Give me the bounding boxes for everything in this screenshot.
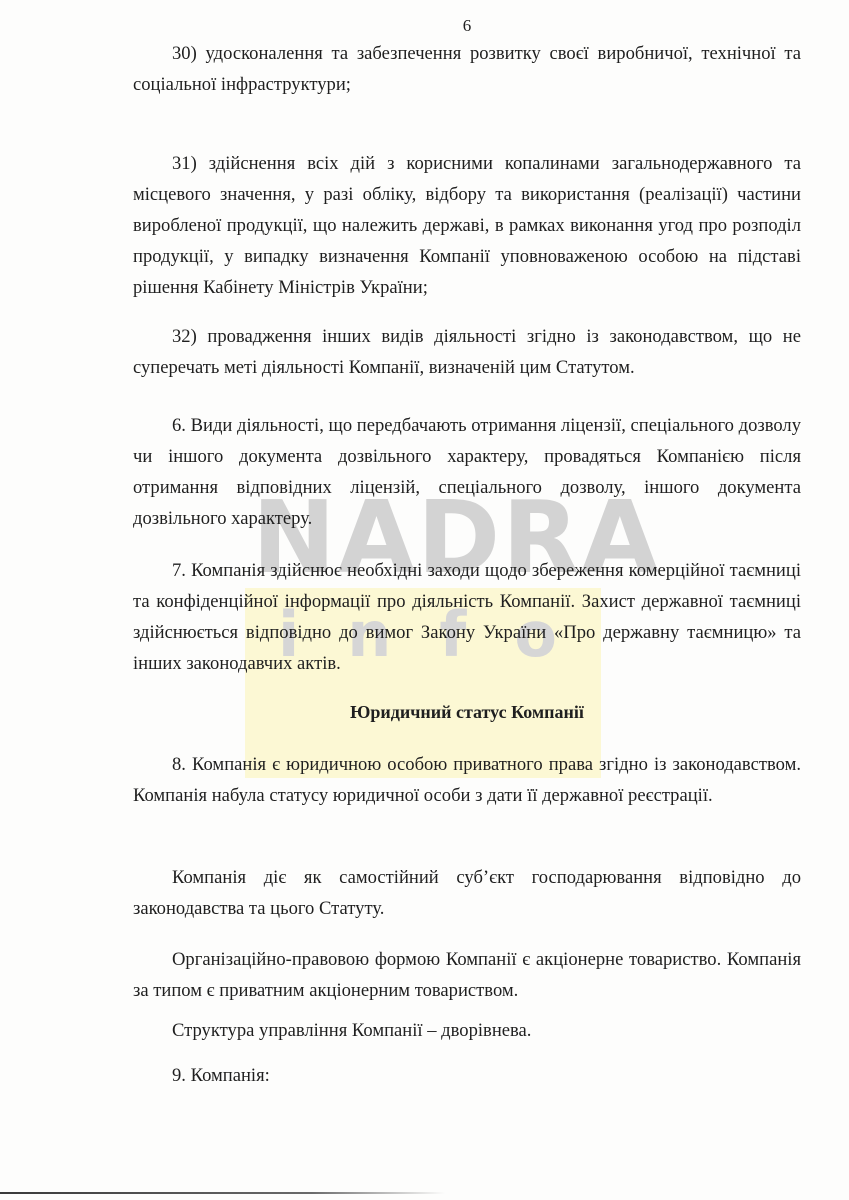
paragraph-independent-entity: Компанія діє як самостійний суб’єкт госп… (133, 862, 801, 924)
scan-edge-line (0, 1192, 445, 1194)
paragraph-legal-form: Організаційно-правовою формою Компанії є… (133, 944, 801, 1006)
page-number: 6 (133, 16, 801, 36)
paragraph-item-31: 31) здійснення всіх дій з корисними копа… (133, 148, 801, 303)
paragraph-section-6: 6. Види діяльності, що передбачають отри… (133, 410, 801, 534)
paragraph-item-32: 32) провадження інших видів діяльності з… (133, 321, 801, 383)
paragraph-management-structure: Структура управління Компанії – дворівне… (133, 1015, 801, 1046)
paragraph-section-9: 9. Компанія: (133, 1060, 801, 1091)
paragraph-section-7: 7. Компанія здійснює необхідні заходи що… (133, 555, 801, 679)
document-page: NADRA info 6 30) удосконалення та забезп… (0, 0, 849, 1200)
section-heading-legal-status: Юридичний статус Компанії (133, 697, 801, 728)
paragraph-item-30: 30) удосконалення та забезпечення розвит… (133, 38, 801, 100)
paragraph-section-8: 8. Компанія є юридичною особою приватног… (133, 749, 801, 811)
